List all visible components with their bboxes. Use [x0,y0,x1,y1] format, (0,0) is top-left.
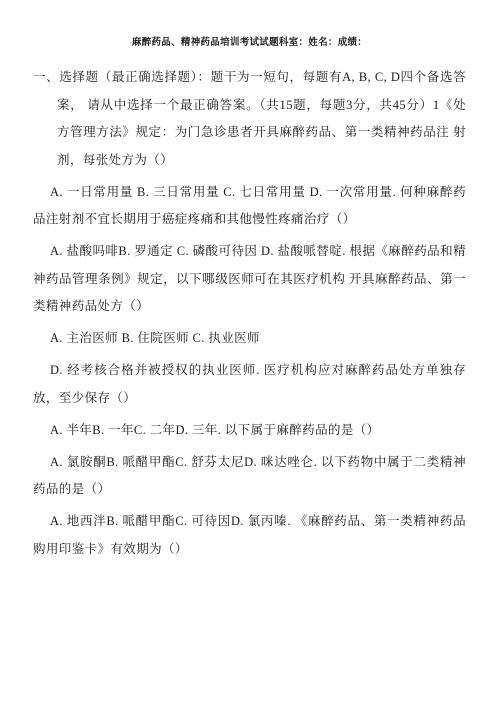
question-3-option-d-and-question-4: D. 经考核合格并被授权的执业医师. 医疗机构应对麻醉药品处方单独存放，至少保存… [33,357,466,412]
document-content: 麻醉药品、精神药品培训考试试题科室：姓名：成绩： 一、选择题（最正确选择题）：题… [0,0,500,563]
question-4-options-and-question-5: A. 半年B. 一年C. 二年D. 三年. 以下属于麻醉药品的是（） [33,417,466,445]
question-5-options-and-question-6: A. 氯胺酮B. 哌醋甲酯C. 舒芬太尼D. 咪达唑仑. 以下药物中属于二类精神… [33,449,466,504]
question-6-options-and-question-7: A. 地西泮B. 哌醋甲酯C. 可待因D. 氯丙嗪. 《麻醉药品、第一类精神药品… [33,508,466,563]
question-3-options-abc: A. 主治医师 B. 住院医师 C. 执业医师 [33,325,466,353]
section-heading-and-question-1: 一、选择题（最正确选择题）：题干为一短句，每题有A, B, C, D四个备选答案… [33,64,466,174]
exam-document-page: 麻醉药品、精神药品培训考试试题科室：姓名：成绩： 一、选择题（最正确选择题）：题… [0,0,500,712]
document-title: 麻醉药品、精神药品培训考试试题科室：姓名：成绩： [33,38,466,49]
question-2-options-and-question-3: A. 盐酸吗啡B. 罗通定 C. 磷酸可待因 D. 盐酸哌替啶. 根据《麻醉药品… [33,238,466,321]
question-1-options-and-question-2: A. 一日常用量 B. 三日常用量 C. 七日常用量 D. 一次常用量. 何种麻… [33,179,466,234]
